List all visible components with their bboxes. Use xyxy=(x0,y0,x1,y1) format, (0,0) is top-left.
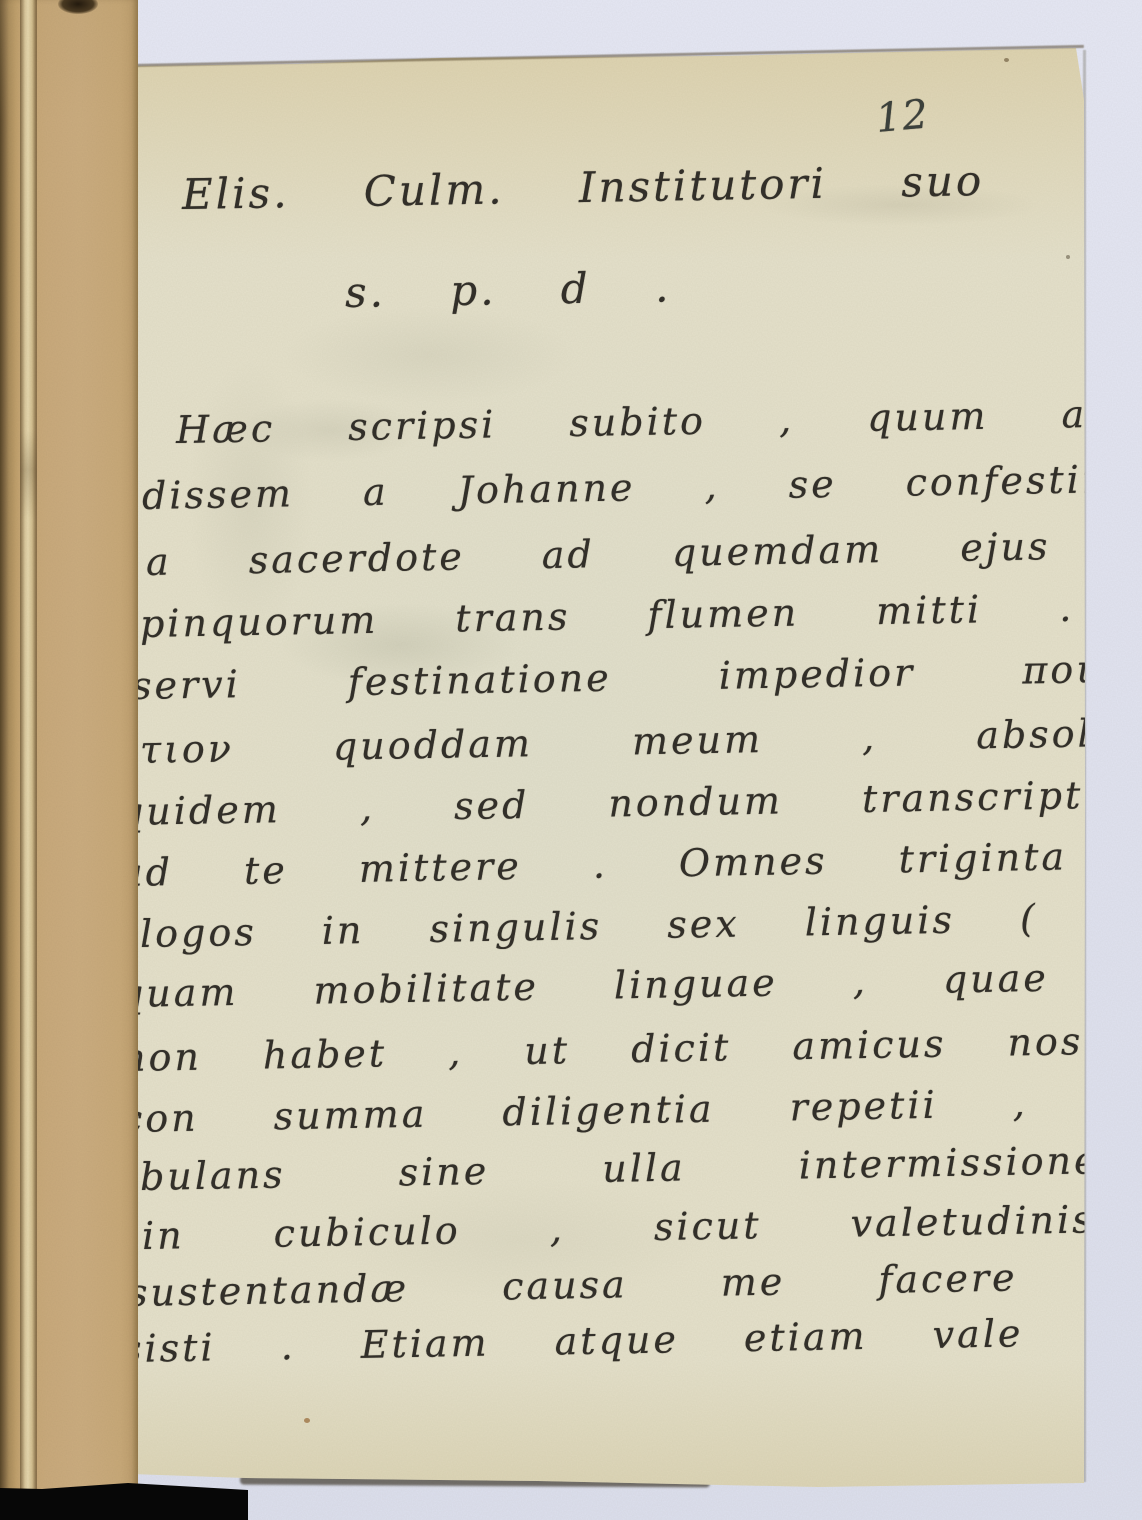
manuscript-scan: 12 Elis. Culm. Institutori suo s. p. d .… xyxy=(0,0,1142,1520)
paper-speck xyxy=(1004,58,1009,62)
manuscript-line-2: dissem a Johanne , se confestim xyxy=(142,457,1122,518)
manuscript-line-1: Hæc scripsi subito , quum au — xyxy=(176,390,1142,452)
manuscript-line-3: a sacerdote ad quemdam ejus pro- xyxy=(146,521,1142,584)
manuscript-line-16: sisti . Etiam atque etiam vale . xyxy=(122,1310,1104,1371)
manuscript-line-9: logos in singulis sex linguis ( quam- xyxy=(140,893,1142,956)
binding-thread-hole xyxy=(58,0,98,14)
page-number: 12 xyxy=(874,91,931,141)
salutation-line-2: s. p. d . xyxy=(345,262,672,317)
manuscript-line-13: bulans sine ulla intermissione xyxy=(140,1138,1100,1199)
manuscript-line-4: pinquorum trans flumen mitti . Hac xyxy=(140,583,1142,646)
manuscript-line-5: servi festinatione impedior ποιημά- xyxy=(132,646,1142,708)
manuscript-line-8: ad te mittere . Omnes triginta dia- xyxy=(120,832,1142,895)
letter-page: 12 Elis. Culm. Institutori suo s. p. d .… xyxy=(118,40,1090,1490)
manuscript-line-12: con summa diligentia repetii , am- xyxy=(121,1078,1142,1141)
paper-speck xyxy=(1066,255,1070,259)
manuscript-line-15: sustentandæ causa me facere jus- xyxy=(128,1252,1142,1315)
album-binding-strip xyxy=(0,0,138,1520)
binding-thread xyxy=(20,0,37,1520)
manuscript-line-10: quam mobilitate linguae , quae parem xyxy=(119,952,1142,1016)
salutation-line-1: Elis. Culm. Institutori suo xyxy=(182,156,985,219)
manuscript-line-14: in cubiculo , sicut valetudinis xyxy=(142,1197,1095,1258)
paper-speck xyxy=(304,1418,310,1423)
manuscript-line-6: τιον quoddam meum , absolutum xyxy=(140,709,1142,772)
manuscript-line-11: non habet , ut dicit amicus noster ) xyxy=(121,1017,1142,1080)
manuscript-line-7: quidem , sed nondum transcriptum , xyxy=(119,770,1142,834)
